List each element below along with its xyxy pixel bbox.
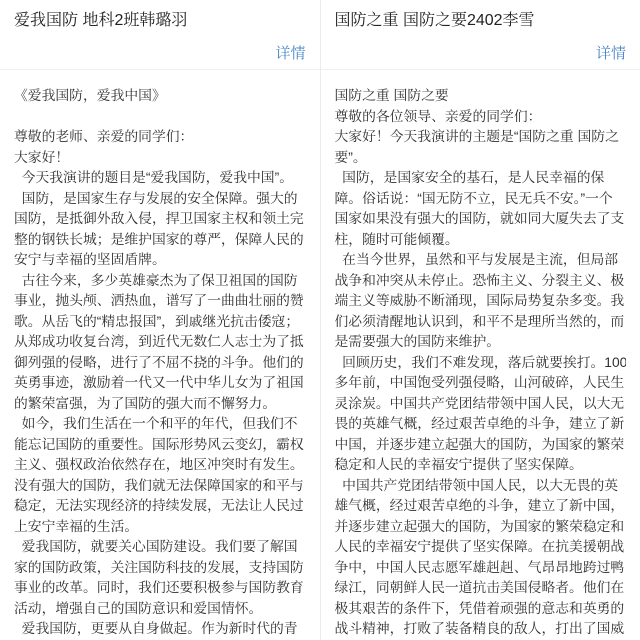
text-line: 绿江，同朝鲜人民一道抗击美国侵略者。他们在 [335, 578, 627, 599]
text-line: 极其艰苦的条件下，凭借着顽强的意志和英勇的 [335, 599, 627, 620]
post-card-right: 国防之重 国防之要2402李雪 详情 国防之重 国防之要尊敬的各位领导、亲爱的同… [321, 0, 640, 640]
text-line: 安宁与幸福的坚固盾牌。 [14, 250, 306, 271]
text-line: 并逐步建立起强大的国防，为国家的繁荣稳定和 [335, 517, 627, 538]
text-line: 障。俗话说：“国无防不立，民无兵不安。”一个 [335, 189, 627, 210]
post-body: 国防之重 国防之要尊敬的各位领导、亲爱的同学们：大家好！今天我演讲的主题是“国防… [335, 86, 627, 640]
text-line: 上安宁幸福的生活。 [14, 517, 306, 538]
text-line: 柱，随时可能倾覆。 [335, 230, 627, 251]
text-line: 要”。 [335, 148, 627, 169]
text-line: 尊敬的老师、亲爱的同学们： [14, 127, 306, 148]
text-line: 整的钢铁长城；是维护国家的尊严，保障人民的 [14, 230, 306, 251]
text-line: 战斗精神，打败了装备精良的敌人，打出了国威 [335, 619, 627, 640]
header-divider [0, 69, 320, 70]
text-line: 国防之重 国防之要 [335, 86, 627, 107]
text-line: 稳定和人民的幸福安宁提供了坚实保障。 [335, 455, 627, 476]
text-line: 爱我国防，就要关心国防建设。我们要了解国 [14, 537, 306, 558]
detail-link[interactable]: 详情 [596, 44, 626, 64]
text-line: 人民的幸福安宁提供了坚实保障。在抗美援朝战 [335, 537, 627, 558]
text-line: 雄气概，经过艰苦卓绝的斗争，建立了新中国， [335, 496, 627, 517]
text-line: 中国，并逐步建立起强大的国防，为国家的繁荣 [335, 435, 627, 456]
detail-row: 详情 [335, 44, 627, 64]
text-line: 畏的英雄气概，经过艰苦卓绝的斗争，建立了新 [335, 414, 627, 435]
post-title: 爱我国防 地科2班韩璐羽 [14, 10, 306, 32]
text-line: 今天我演讲的题目是“爱我国防，爱我中国”。 [14, 168, 306, 189]
text-line: 从郑成功收复台湾，到近代无数仁人志士为了抵 [14, 332, 306, 353]
text-line: 事业的改革。同时，我们还要积极参与国防教育 [14, 578, 306, 599]
posts-feed: 爱我国防 地科2班韩璐羽 详情 《爱我国防，爱我中国》尊敬的老师、亲爱的同学们：… [0, 0, 640, 640]
text-line: 多年前，中国饱受列强侵略，山河破碎，人民生 [335, 373, 627, 394]
text-line: 们必须清醒地认识到，和平不是理所当然的，而 [335, 312, 627, 333]
text-line: 能忘记国防的重要性。国际形势风云变幻，霸权 [14, 435, 306, 456]
header-divider [321, 69, 640, 70]
text-line: 主义、强权政治依然存在，地区冲突时有发生。 [14, 455, 306, 476]
text-line: 如今，我们生活在一个和平的年代，但我们不 [14, 414, 306, 435]
text-line: 事业，抛头颅、洒热血，谱写了一曲曲壮丽的赞 [14, 291, 306, 312]
text-line: 活动，增强自己的国防意识和爱国情怀。 [14, 599, 306, 620]
text-line: 中国共产党团结带领中国人民，以大无畏的英 [335, 476, 627, 497]
text-line: 《爱我国防，爱我中国》 [14, 86, 306, 107]
text-line: 尊敬的各位领导、亲爱的同学们： [335, 107, 627, 128]
text-line: 爱我国防，更要从自身做起。作为新时代的青 [14, 619, 306, 640]
text-line: 回顾历史，我们不难发现，落后就要挨打。100 [335, 353, 627, 374]
detail-link[interactable]: 详情 [275, 44, 305, 64]
text-line: 稳定，无法实现经济的持续发展，无法让人民过 [14, 496, 306, 517]
text-line [14, 107, 306, 128]
post-title: 国防之重 国防之要2402李雪 [335, 10, 627, 32]
text-line: 歌。从岳飞的“精忠报国”，到戚继光抗击倭寇； [14, 312, 306, 333]
post-body: 《爱我国防，爱我中国》尊敬的老师、亲爱的同学们：大家好！ 今天我演讲的题目是“爱… [14, 86, 306, 640]
text-line: 的繁荣富强，为了国防的强大而不懈努力。 [14, 394, 306, 415]
text-line: 御列强的侵略，进行了不屈不挠的斗争。他们的 [14, 353, 306, 374]
text-line: 国防，是国家生存与发展的安全保障。强大的 [14, 189, 306, 210]
text-line: 在当今世界，虽然和平与发展是主流，但局部 [335, 250, 627, 271]
text-line: 家的国防政策，关注国防科技的发展，支持国防 [14, 558, 306, 579]
text-line: 灵涂炭。中国共产党团结带领中国人民，以大无 [335, 394, 627, 415]
text-line: 英勇事迹，激励着一代又一代中华儿女为了祖国 [14, 373, 306, 394]
text-line: 大家好！ [14, 148, 306, 169]
text-line: 争中，中国人民志愿军雄赳赳、气昂昂地跨过鸭 [335, 558, 627, 579]
text-line: 是需要强大的国防来维护。 [335, 332, 627, 353]
detail-row: 详情 [14, 44, 306, 64]
text-line: 战争和冲突从未停止。恐怖主义、分裂主义、极 [335, 271, 627, 292]
text-line: 古往今来，多少英雄豪杰为了保卫祖国的国防 [14, 271, 306, 292]
text-line: 国防，是国家安全的基石，是人民幸福的保 [335, 168, 627, 189]
text-line: 国防，是抵御外敌入侵，捍卫国家主权和领土完 [14, 209, 306, 230]
text-line: 大家好！今天我演讲的主题是“国防之重 国防之 [335, 127, 627, 148]
text-line: 端主义等威胁不断涌现，国际局势复杂多变。我 [335, 291, 627, 312]
text-line: 国家如果没有强大的国防，就如同大厦失去了支 [335, 209, 627, 230]
text-line: 没有强大的国防，我们就无法保障国家的和平与 [14, 476, 306, 497]
post-card-left: 爱我国防 地科2班韩璐羽 详情 《爱我国防，爱我中国》尊敬的老师、亲爱的同学们：… [0, 0, 320, 640]
